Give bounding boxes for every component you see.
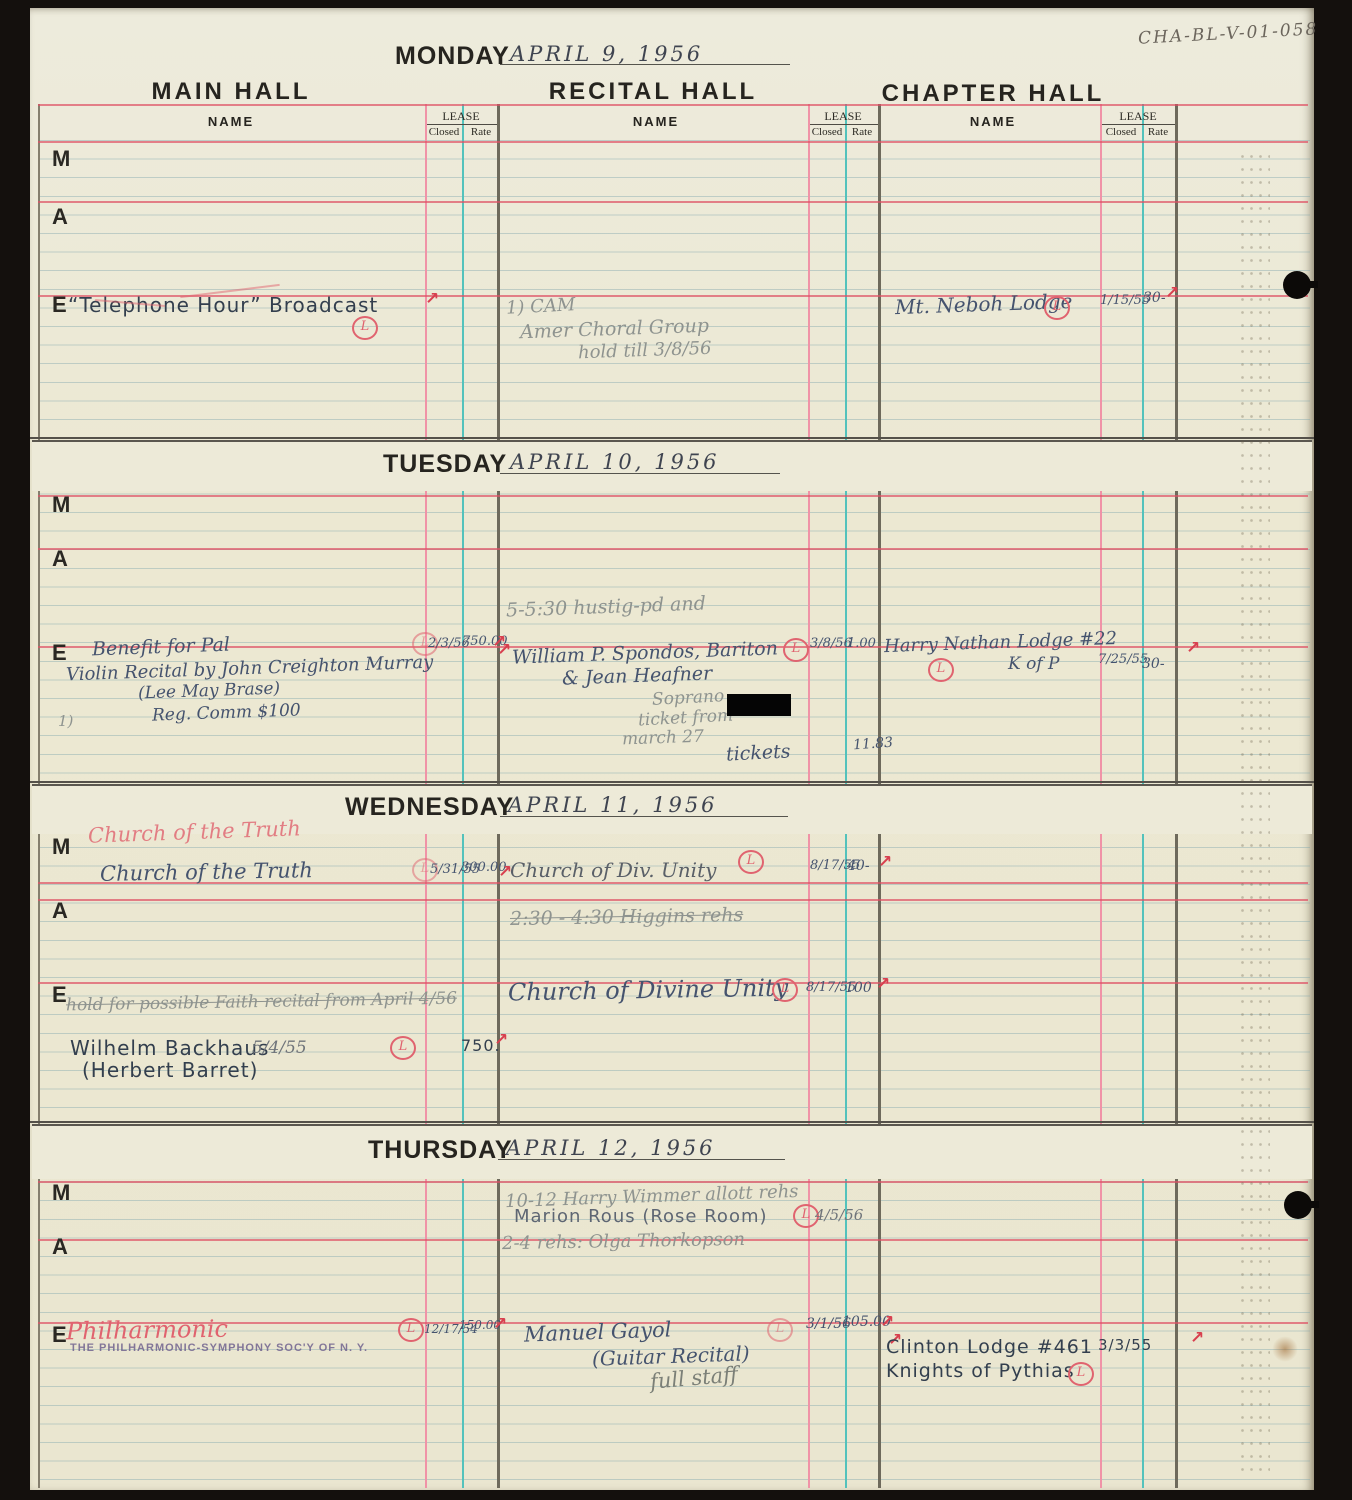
lease-closed-thursday-recital-m: 4/5/56 [815,1206,863,1224]
day-title-tuesday: TUESDAY [383,450,507,479]
redaction-box [727,694,791,716]
entry-wednesday-recital-evening: Church of Divine Unity [508,974,789,1007]
row-label-a: A [52,204,68,230]
red-check-mark: ↗ [497,640,511,660]
lease-mark-circled-l: L [352,316,378,340]
lease-mark-circled-l: L [1068,1362,1094,1386]
rule-line [38,548,1308,550]
entry-thursday-recital-morning-2: Marion Rous (Rose Room) [514,1206,768,1227]
entry-tuesday-main-evening-5: 1) [58,712,73,730]
entry-thursday-chapter-evening-2: Knights of Pythias [886,1360,1075,1382]
lease-mark-circled-l: L [783,638,809,662]
scanned-ledger-page: CHA-BL-V-01-058 MONDAY APRIL 9, 1956 MAI… [0,0,1352,1500]
day-title-monday: MONDAY [395,42,510,71]
row-label-a: A [52,898,68,924]
entry-wednesday-main-morning: Church of the Truth [100,858,313,886]
lease-closed-tuesday-chapter: 7/25/55 [1098,652,1148,667]
row-label-a: A [52,1234,68,1260]
row-label-m: M [52,834,70,860]
row-label-m: M [52,492,70,518]
red-check-mark: ↗ [878,852,892,872]
punch-hole-slot [1297,1201,1319,1208]
lease-mark-circled-l: L [767,1318,793,1342]
page-edge-speckles [1238,150,1270,1480]
entry-thursday-recital-morning-3: 2-4 rehs: Olga Thorkopson [502,1229,745,1254]
lease-mark-circled-l: L [738,850,764,874]
red-check-mark: ↗ [493,1314,507,1334]
day-date-thursday: APRIL 12, 1956 [506,1136,716,1160]
hall-title-main: MAIN HALL [152,78,311,106]
col-rate-recital: Rate [852,126,872,138]
section-divider [30,781,1314,783]
entry-wednesday-main-evening-1: Wilhelm Backhaus [70,1036,269,1060]
date-underline [500,64,790,65]
lease-rate-monday-chapter: 30- [1143,290,1166,306]
entry-thursday-main-evening-red: Philharmonic [66,1315,228,1346]
punch-hole-slot [1296,281,1318,288]
lease-closed-thursday-chapter-e: 3/3/55 [1098,1336,1152,1354]
entry-wednesday-recital-morning: Church of Div. Unity [510,858,716,882]
red-check-mark: ↗ [1186,638,1200,658]
lease-rate2-tuesday-recital: 11.83 [852,735,893,754]
lease-underline [810,124,878,125]
lease-rate-tuesday-recital: 1.00 [847,636,876,651]
row-label-e: E [52,292,67,318]
entry-tuesday-recital-evening-6: tickets [725,740,791,765]
lease-mark-circled-l: L [390,1036,416,1060]
row-label-m: M [52,146,70,172]
rule-line [38,495,1308,497]
hall-title-chapter: CHAPTER HALL [882,80,1105,108]
red-check-mark: ↗ [494,1030,508,1050]
col-closed-main: Closed [429,126,460,138]
row-label-e: E [52,640,67,666]
red-check-mark: ↗ [880,1312,894,1332]
col-closed-recital: Closed [812,126,843,138]
entry-thursday-recital-evening-1: Manuel Gayol [524,1317,672,1346]
lease-underline [427,124,497,125]
row-label-m: M [52,1180,70,1206]
lease-mark-circled-l: L [1044,296,1070,320]
date-underline [498,1159,785,1160]
red-check-mark: ↗ [1190,1328,1204,1348]
col-name-recital: NAME [633,114,679,129]
lease-underline [1102,124,1175,125]
date-underline [500,473,780,474]
entry-tuesday-chapter-evening-2: K of P [1008,654,1059,674]
hall-title-recital: RECITAL HALL [549,78,757,106]
entry-monday-recital-evening-1: 1) CAM [505,294,575,319]
rule-line [38,201,1308,203]
row-label-a: A [52,546,68,572]
red-check-mark: ↗ [425,289,439,309]
entry-monday-main-evening: “Telephone Hour” Broadcast [68,293,378,317]
col-rate-main: Rate [471,126,491,138]
day-date-wednesday: APRIL 11, 1956 [508,793,718,817]
section-divider [30,1121,1314,1123]
col-closed-chapter: Closed [1106,126,1137,138]
lease-rate-wednesday-recital-e: 100 [845,980,872,996]
row-label-e: E [52,982,67,1008]
philharmonic-rubber-stamp: THE PHILHARMONIC-SYMPHONY SOC'Y OF N. Y. [70,1342,368,1354]
lease-mark-circled-l: L [398,1318,424,1342]
entry-wednesday-main-evening-2: (Herbert Barret) [82,1058,258,1082]
rule-line [38,141,1308,143]
col-name-main: NAME [208,114,254,129]
lease-closed-tuesday-recital: 3/8/56 [810,636,852,651]
lease-rate-wednesday-recital-m: 40- [847,858,870,874]
day-title-wednesday: WEDNESDAY [345,793,514,822]
section-divider [30,437,1314,439]
day-date-monday: APRIL 9, 1956 [510,42,703,66]
paper-stain [1272,1336,1298,1362]
lease-rate-tuesday-chapter: 30- [1142,656,1165,672]
red-check-mark: ↗ [876,974,890,994]
rule-line [38,899,1308,901]
red-check-mark: ↗ [1165,283,1179,303]
entry-tuesday-recital-evening-5: march 27 [622,727,705,750]
lease-mark-circled-l: L [772,978,798,1002]
entry-thursday-chapter-evening-1: Clinton Lodge #461 [886,1336,1093,1358]
entry-wednesday-main-evening-note: 5/4/55 [252,1038,307,1058]
col-name-chapter: NAME [970,114,1016,129]
entry-wednesday-recital-afternoon-struck: 2:30 - 4:30 Higgins rehs [510,904,744,930]
row-label-e: E [52,1322,67,1348]
rule-line [38,1181,1308,1183]
col-lease-chapter: LEASE [1119,109,1156,124]
date-underline [500,816,788,817]
col-rate-chapter: Rate [1148,126,1168,138]
day-title-thursday: THURSDAY [368,1136,513,1165]
lease-mark-circled-l: L [928,658,954,682]
day-date-tuesday: APRIL 10, 1956 [510,450,720,474]
col-lease-main: LEASE [442,109,479,124]
rule-line [38,1322,1308,1324]
col-lease-recital: LEASE [824,109,861,124]
